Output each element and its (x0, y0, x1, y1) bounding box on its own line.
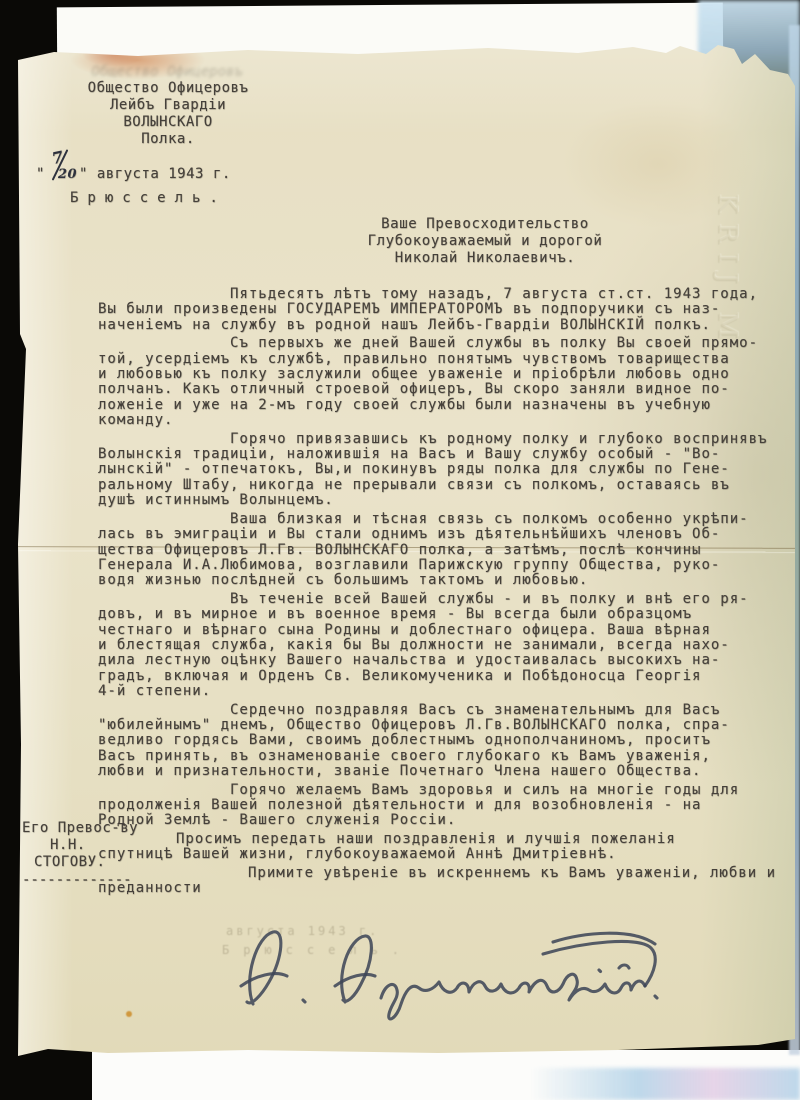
letterhead-regiment-word: Полка. (68, 131, 268, 148)
paragraph: Пятьдесятъ лѣтъ тому назадъ, 7 августа с… (98, 287, 788, 333)
paragraph-line: наченіемъ на службу въ родной нашъ Лейбъ… (98, 318, 788, 333)
paragraph-line: Съ первыхъ же дней Вашей службы въ полку… (98, 336, 788, 351)
salutation-line: Николай Николаевичъ. (340, 250, 630, 267)
paragraph-line: лась въ эмиграціи и Вы стали однимъ изъ … (98, 527, 788, 542)
margin-dashes: ------------- (22, 872, 138, 889)
paragraph: Съ первыхъ же дней Вашей службы въ полку… (98, 336, 788, 428)
signature-strokes (203, 906, 663, 1026)
paragraph-line: любви и признательности, званіе Почетнаг… (98, 764, 788, 779)
paragraph-line: ральному Штабу, никогда не прерывали свя… (98, 478, 788, 493)
paragraph: Ваша близкая и тѣсная связь съ полкомъ о… (98, 512, 788, 589)
paragraph-line: Сердечно поздравляя Васъ съ знаменательн… (98, 703, 788, 718)
paragraph-line: той, усердіемъ къ службѣ, правильно поня… (98, 352, 788, 367)
paragraph: Сердечно поздравляя Васъ съ знаменательн… (98, 703, 788, 780)
letterhead-smudge: Общество Офицеровъ (61, 64, 273, 80)
paragraph-line: ложеніе и уже на 2-мъ году своей службы … (98, 398, 788, 413)
paragraph-line: спутницѣ Вашей жизни, глубокоуважаемой А… (98, 847, 788, 862)
addressee-surname: СТОГОВУ. (22, 854, 138, 871)
letterhead-society: Общество Офицеровъ (68, 80, 268, 97)
paragraph: Горячо привязавшись къ родному полку и г… (98, 432, 788, 509)
handwritten-day-fraction: 720 (45, 162, 79, 186)
paragraph-line: Вы были произведены ГОСУДАРЕМЪ ИМПЕРАТОР… (98, 302, 788, 317)
date-line: "720" августа 1943 г. (36, 162, 231, 186)
paragraph-line: Генерала И.А.Любимова, возглавили Парижс… (98, 558, 788, 573)
ink-stain-dot (126, 1011, 132, 1017)
letter-body: Пятьдесятъ лѣтъ тому назадъ, 7 августа с… (98, 284, 788, 896)
paragraph-line: Ваша близкая и тѣсная связь съ полкомъ о… (98, 512, 788, 527)
paragraph-line: градъ, включая и Орденъ Св. Великомучени… (98, 669, 788, 684)
paragraph-line: дила лестную оцѣнку Вашего начальства и … (98, 653, 788, 668)
letter-document: KRIJ M Общество Офицеровъ Общество Офице… (18, 44, 795, 1056)
paragraph-line: Горячо привязавшись къ родному полку и г… (98, 432, 788, 447)
addressee-title: Его Превос-ву (22, 820, 138, 837)
paragraph-line: команду. (98, 413, 788, 428)
paragraph-line: душѣ истиннымъ Волынцемъ. (98, 493, 788, 508)
open-quote: " (36, 166, 45, 182)
paragraph-line: преданности (98, 881, 788, 896)
paragraph-line: ведливо гордясь Вами, своимъ доблестнымъ… (98, 733, 788, 748)
paragraph-line: Въ теченіе всей Вашей службы - и въ полк… (98, 592, 788, 607)
paragraph-line: довъ, и въ мирное и въ военное время - В… (98, 607, 788, 622)
paragraph-line: Горячо желаемъ Вамъ здоровья и силъ на м… (98, 783, 788, 798)
paragraph-line: честнаго и вѣрнаго сына Родины и доблест… (98, 623, 788, 638)
handwritten-signature (203, 906, 663, 1026)
addressee-margin-note: Его Превос-ву Н.Н. СТОГОВУ. ------------… (22, 820, 138, 889)
day-new-style: 20 (58, 167, 77, 182)
paragraph-line: Примите увѣреніе въ искреннемъ къ Вамъ у… (98, 866, 788, 881)
paragraph-line: щества Офицеровъ Л.Гв. ВОЛЫНСКАГО полка,… (98, 543, 788, 558)
scanned-letter-scene: KRIJ M Общество Офицеровъ Общество Офице… (0, 0, 800, 1100)
salutation: Ваше Превосходительство Глубокоуважаемый… (340, 216, 630, 268)
salutation-line: Ваше Превосходительство (340, 216, 630, 233)
salutation-line: Глубокоуважаемый и дорогой (340, 233, 630, 250)
city-line: Брюссель. (70, 190, 227, 206)
paragraph: Просимъ передать наши поздравленія и луч… (98, 832, 788, 863)
close-quote: " (79, 166, 88, 182)
paragraph: Въ теченіе всей Вашей службы - и въ полк… (98, 592, 788, 700)
date-text: августа 1943 г. (97, 166, 231, 182)
paragraph-line: водя жизнью послѣдней съ большимъ тактом… (98, 573, 788, 588)
addressee-initials: Н.Н. (22, 837, 138, 854)
paragraph-line: лынскій" - отпечатокъ, Вы,и покинувъ ряд… (98, 462, 788, 477)
paragraph: Горячо желаемъ Вамъ здоровья и силъ на м… (98, 783, 788, 829)
scanner-artifact-bottom (530, 1068, 800, 1100)
letterhead: Общество Офицеровъ Лейбъ Гвардіи ВОЛЫНСК… (68, 80, 268, 148)
paragraph-line: Родной Землѣ - Вашего служенія Россіи. (98, 813, 788, 828)
paragraph-line: полчанъ. Какъ отличный строевой офицеръ,… (98, 382, 788, 397)
paragraph-line: Васъ принять, въ ознаменованіе своего гл… (98, 749, 788, 764)
paragraph-line: Просимъ передать наши поздравленія и луч… (98, 832, 788, 847)
paragraph: Примите увѣреніе въ искреннемъ къ Вамъ у… (98, 866, 788, 897)
paragraph-line: 4-й степени. (98, 684, 788, 699)
letterhead-guard: Лейбъ Гвардіи (68, 97, 268, 114)
letterhead-regiment-name: ВОЛЫНСКАГО (68, 114, 268, 131)
